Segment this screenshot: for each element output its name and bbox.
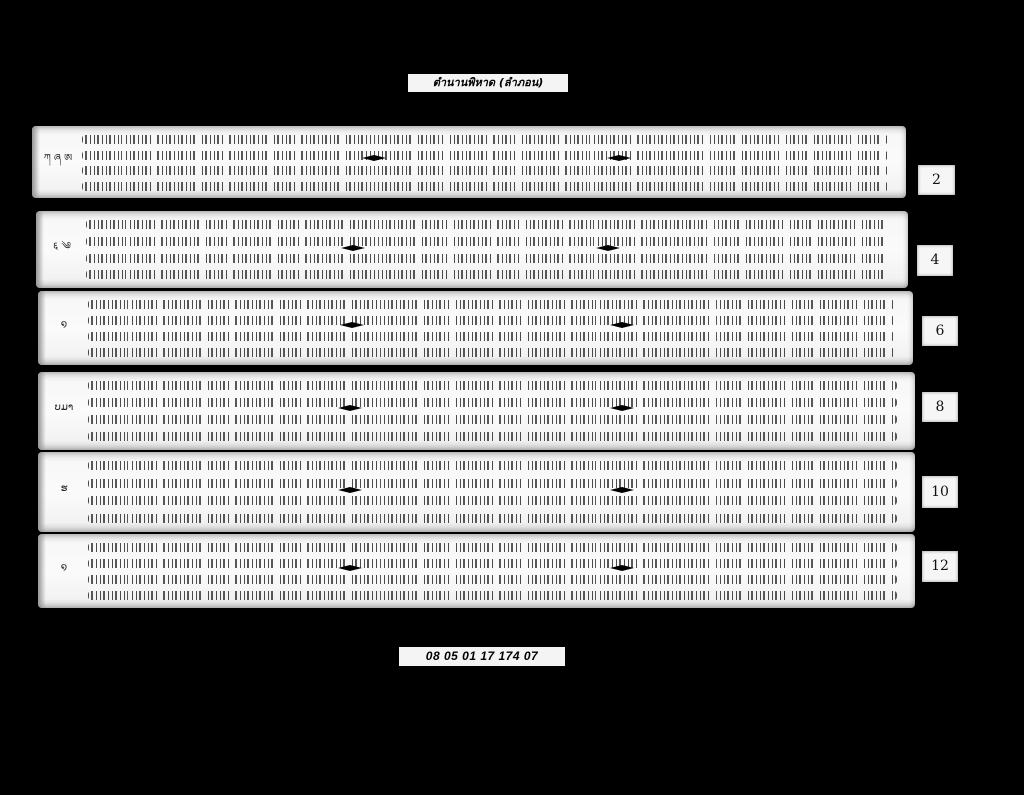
script-ink [82, 166, 888, 175]
leaf-edge [38, 291, 46, 365]
handwritten-script-line [88, 377, 897, 391]
palm-leaf-page: ຮ [38, 452, 915, 532]
script-ink [88, 591, 897, 600]
leaf-edge [38, 452, 46, 532]
palm-leaf-page: ໑ [38, 291, 913, 365]
script-ink [88, 432, 897, 441]
script-ink [88, 479, 897, 488]
script-ink [82, 151, 888, 160]
script-ink [86, 237, 890, 246]
script-ink [88, 575, 897, 584]
leaf-margin-note: ໑ [46, 318, 82, 331]
palm-leaf-page: ६ ༄ [36, 211, 908, 288]
page-number-label: 8 [922, 392, 958, 422]
handwritten-script-line [86, 233, 890, 247]
leaf-edge [36, 211, 44, 288]
handwritten-script-line [88, 555, 897, 569]
manuscript-title-label: ตำนานพิหาด (ลำภอน) [408, 74, 568, 92]
handwritten-script-line [82, 147, 888, 161]
script-ink [88, 381, 897, 390]
script-ink [88, 461, 897, 470]
script-ink [88, 316, 895, 325]
script-ink [88, 514, 897, 523]
handwritten-script-line [86, 266, 890, 280]
page-number-label: 10 [922, 476, 958, 508]
script-ink [82, 182, 888, 191]
script-ink [86, 270, 890, 279]
script-ink [88, 496, 897, 505]
page-number-label: 12 [922, 551, 958, 582]
leaf-margin-note: ६ ༄ [44, 240, 80, 253]
handwritten-script-line [88, 428, 897, 442]
handwritten-script-line [86, 216, 890, 230]
handwritten-script-line [88, 328, 895, 342]
leaf-margin-note: ຮ [46, 482, 82, 495]
script-ink [88, 559, 897, 568]
palm-leaf-page: ཀ ཞ ཨ [32, 126, 906, 198]
handwritten-script-line [88, 587, 897, 601]
handwritten-script-line [88, 344, 895, 358]
script-ink [86, 254, 890, 263]
script-ink [88, 348, 895, 357]
script-ink [86, 220, 890, 229]
handwritten-script-line [88, 312, 895, 326]
script-ink [88, 332, 895, 341]
handwritten-script-line [88, 296, 895, 310]
handwritten-script-line [88, 571, 897, 585]
handwritten-script-line [82, 162, 888, 176]
script-ink [88, 543, 897, 552]
page-number-label: 6 [922, 316, 958, 346]
palm-leaf-page: ໑ [38, 534, 915, 608]
script-ink [88, 415, 897, 424]
leaf-margin-note: ཀ ཞ ཨ [40, 152, 76, 165]
catalog-id-label: 08 05 01 17 174 07 [399, 647, 565, 666]
handwritten-script-line [88, 539, 897, 553]
leaf-edge [32, 126, 40, 198]
handwritten-script-line [88, 492, 897, 506]
page-number-label: 2 [918, 165, 955, 195]
leaf-margin-note: ໑ [46, 561, 82, 574]
handwritten-script-line [88, 475, 897, 489]
script-ink [88, 300, 895, 309]
script-ink [88, 398, 897, 407]
handwritten-script-line [82, 131, 888, 145]
handwritten-script-line [88, 394, 897, 408]
handwritten-script-line [86, 250, 890, 264]
leaf-edge [38, 372, 46, 450]
page-number-label: 4 [917, 245, 953, 276]
leaf-margin-note: ບມາ [46, 401, 82, 414]
handwritten-script-line [88, 457, 897, 471]
script-ink [82, 135, 888, 144]
handwritten-script-line [82, 178, 888, 192]
handwritten-script-line [88, 411, 897, 425]
leaf-edge [38, 534, 46, 608]
handwritten-script-line [88, 510, 897, 524]
palm-leaf-page: ບມາ [38, 372, 915, 450]
